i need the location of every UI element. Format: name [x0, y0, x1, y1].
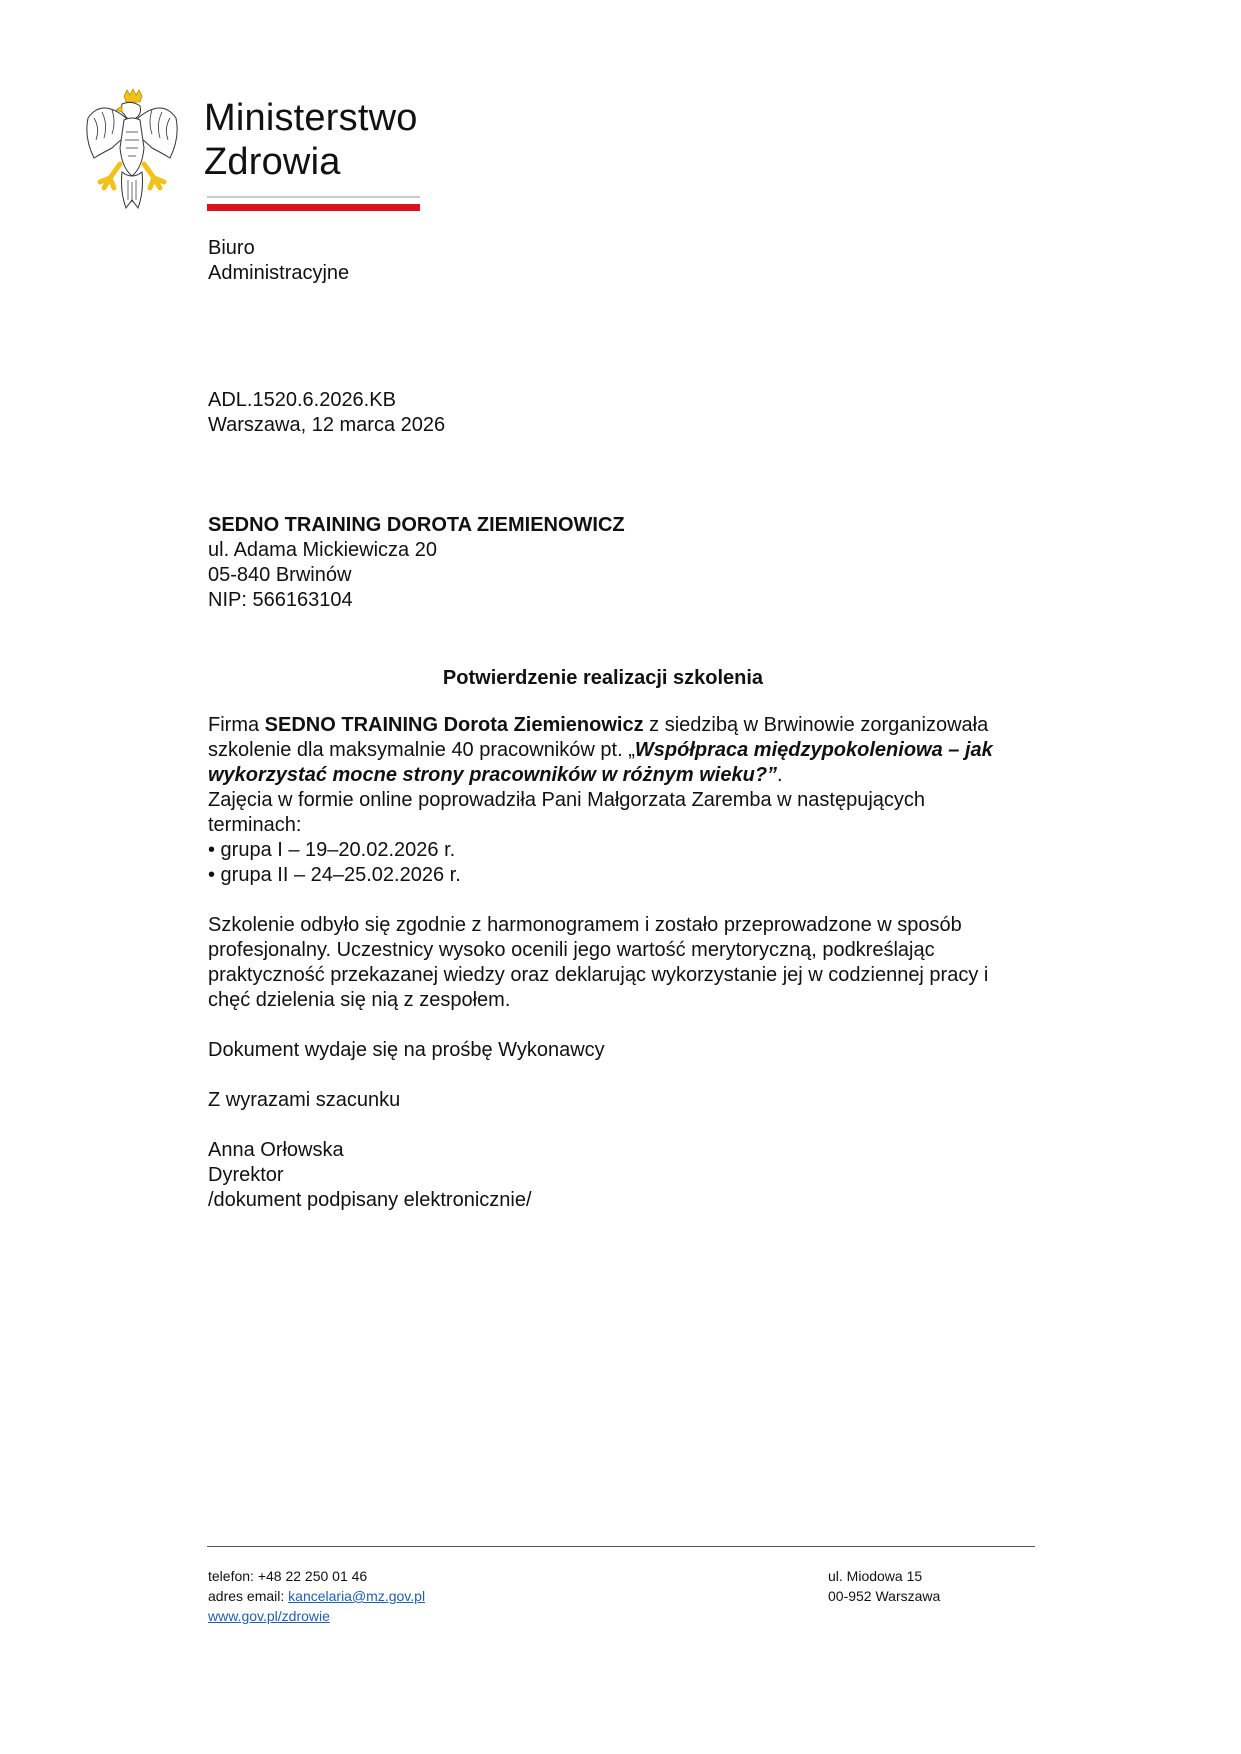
footer-email-label: adres email: — [208, 1588, 288, 1604]
letter-title: Potwierdzenie realizacji szkolenia — [208, 666, 998, 691]
reference-number: ADL.1520.6.2026.KB — [208, 388, 445, 413]
footer-email-row: adres email: kancelaria@mz.gov.pl — [208, 1586, 425, 1606]
recipient-address: SEDNO TRAINING DOROTA ZIEMIENOWICZ ul. A… — [208, 513, 625, 613]
paragraph-trainer: Zajęcia w formie online poprowadziła Pan… — [208, 788, 1008, 838]
recipient-city: 05-840 Brwinów — [208, 563, 625, 588]
signature-block: Anna Orłowska Dyrektor /dokument podpisa… — [208, 1138, 1008, 1213]
ministry-name: Ministerstwo Zdrowia — [204, 96, 418, 184]
footer-website-link[interactable]: www.gov.pl/zdrowie — [208, 1608, 330, 1624]
department-line1: Biuro — [208, 236, 349, 261]
footer-divider — [207, 1546, 1035, 1547]
ministry-name-line2: Zdrowia — [204, 140, 418, 184]
group-item: • grupa II – 24–25.02.2026 r. — [208, 863, 1008, 888]
footer-address-line1: ul. Miodowa 15 — [828, 1566, 940, 1586]
signatory-title: Dyrektor — [208, 1163, 1008, 1188]
department: Biuro Administracyjne — [208, 236, 349, 286]
reference-block: ADL.1520.6.2026.KB Warszawa, 12 marca 20… — [208, 388, 445, 438]
department-line2: Administracyjne — [208, 261, 349, 286]
footer-address: ul. Miodowa 15 00-952 Warszawa — [828, 1566, 940, 1606]
footer-email-link[interactable]: kancelaria@mz.gov.pl — [288, 1588, 425, 1604]
closing: Z wyrazami szacunku — [208, 1088, 1008, 1113]
paragraph-request: Dokument wydaje się na prośbę Wykonawcy — [208, 1038, 1008, 1063]
paragraph-evaluation: Szkolenie odbyło się zgodnie z harmonogr… — [208, 913, 1003, 1013]
intro-prefix: Firma — [208, 714, 265, 736]
quote-open: „ — [628, 739, 635, 761]
recipient-street: ul. Adama Mickiewicza 20 — [208, 538, 625, 563]
recipient-name: SEDNO TRAINING DOROTA ZIEMIENOWICZ — [208, 513, 625, 538]
logo-divider-red — [207, 204, 420, 211]
place-date: Warszawa, 12 marca 2026 — [208, 413, 445, 438]
intro-end: . — [777, 764, 783, 786]
signatory-name: Anna Orłowska — [208, 1138, 1008, 1163]
ministry-name-line1: Ministerstwo — [204, 96, 418, 140]
recipient-nip: NIP: 566163104 — [208, 588, 625, 613]
logo-divider-grey — [207, 196, 420, 198]
signature-note: /dokument podpisany elektronicznie/ — [208, 1188, 1008, 1213]
paragraph-intro: Firma SEDNO TRAINING Dorota Ziemienowicz… — [208, 713, 1008, 888]
footer-contact: telefon: +48 22 250 01 46 adres email: k… — [208, 1566, 425, 1626]
group-item: • grupa I – 19–20.02.2026 r. — [208, 838, 1008, 863]
footer-phone: telefon: +48 22 250 01 46 — [208, 1566, 425, 1586]
company-name: SEDNO TRAINING Dorota Ziemienowicz — [265, 714, 644, 736]
footer-address-line2: 00-952 Warszawa — [828, 1586, 940, 1606]
polish-eagle-emblem-icon — [82, 88, 182, 212]
